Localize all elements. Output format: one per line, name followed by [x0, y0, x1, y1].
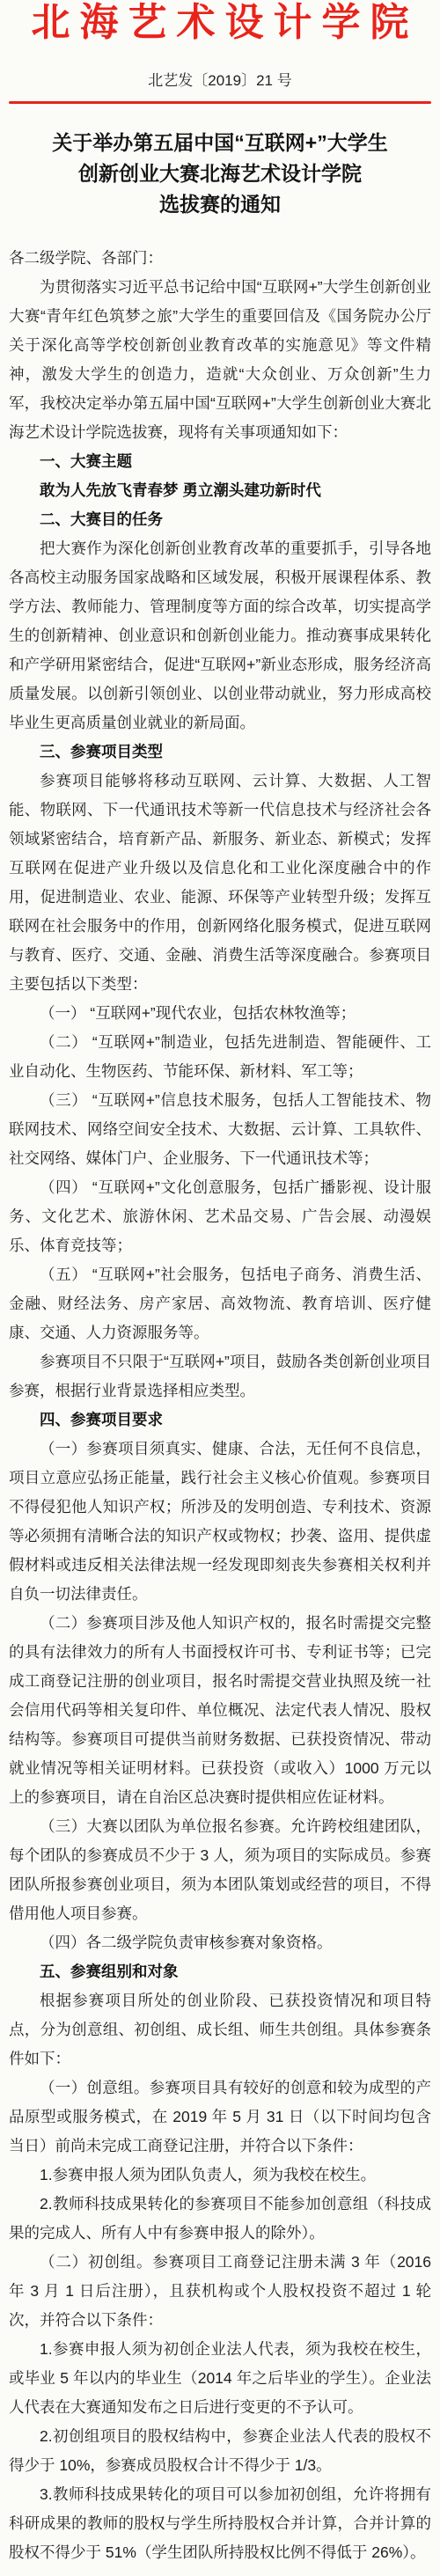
- document-page: 北海艺术设计学院 北艺发〔2019〕21 号 关于举办第五届中国“互联网+”大学…: [0, 0, 440, 2576]
- document-title: 关于举办第五届中国“互联网+”大学生 创新创业大赛北海艺术设计学院 选拔赛的通知: [9, 128, 431, 220]
- title-line-1: 关于举办第五届中国“互联网+”大学生: [9, 128, 431, 158]
- type-item-4: （四） “互联网+”文化创意服务，包括广播影视、设计服务、文化艺术、旅游休闲、艺…: [9, 1173, 431, 1260]
- requirement-item-1: （一）参赛项目须真实、健康、合法，无任何不良信息，项目立意应弘扬正能量，践行社会…: [9, 1435, 431, 1609]
- doc-number: 北艺发〔2019〕21 号: [9, 68, 431, 90]
- salutation: 各二级学院、各部门：: [9, 247, 431, 268]
- title-line-2: 创新创业大赛北海艺术设计学院: [9, 158, 431, 189]
- creative-group-paragraph: （一）创意组。参赛项目具有较好的创意和较为成型的产品原型或服务模式，在 2019…: [9, 2073, 431, 2161]
- type-item-3: （三） “互联网+”信息技术服务，包括人工智能技术、物联网技术、网络空间安全技术…: [9, 1086, 431, 1173]
- heading-groups: 五、参赛组别和对象: [9, 1957, 431, 1986]
- heading-project-requirements: 四、参赛项目要求: [9, 1405, 431, 1435]
- heading-project-types: 三、参赛项目类型: [9, 738, 431, 767]
- types-note-paragraph: 参赛项目不只限于“互联网+”项目，鼓励各类创新创业项目参赛，根据行业背景选择相应…: [9, 1347, 431, 1405]
- startup-group-condition-1: 1.参赛申报人须为初创企业法人代表，须为我校在校生，或毕业 5 年以内的毕业生（…: [9, 2335, 431, 2422]
- type-item-5: （五） “互联网+”社会服务，包括电子商务、消费生活、金融、财经法务、房产家居、…: [9, 1260, 431, 1347]
- purpose-paragraph: 把大赛作为深化创新创业教育改革的重要抓手，引导各地各高校主动服务国家战略和区域发…: [9, 534, 431, 738]
- type-item-2: （二） “互联网+”制造业，包括先进制造、智能硬件、工业自动化、生物医药、节能环…: [9, 1028, 431, 1086]
- theme-slogan: 敢为人先放飞青春梦 勇立潮头建功新时代: [9, 476, 431, 505]
- red-divider-line: [9, 101, 431, 104]
- heading-competition-purpose: 二、大赛目的任务: [9, 505, 431, 534]
- heading-competition-theme: 一、大赛主题: [9, 447, 431, 476]
- startup-group-condition-3: 3.教师科技成果转化的项目可以参加初创组，允许将拥有科研成果的教师的股权与学生所…: [9, 2480, 431, 2567]
- groups-intro-paragraph: 根据参赛项目所处的创业阶段、已获投资情况和项目特点，分为创意组、初创组、成长组、…: [9, 1986, 431, 2073]
- title-line-3: 选拔赛的通知: [9, 189, 431, 220]
- document-body: 为贯彻落实习近平总书记给中国“互联网+”大学生创新创业大赛“青年红色筑梦之旅”大…: [9, 273, 431, 2567]
- type-item-1: （一） “互联网+”现代农业，包括农林牧渔等；: [9, 999, 431, 1028]
- requirement-item-4: （四）各二级学院负责审核参赛对象资格。: [9, 1928, 431, 1957]
- requirement-item-3: （三）大赛以团队为单位报名参赛。允许跨校组建团队，每个团队的参赛成员不少于 3 …: [9, 1812, 431, 1928]
- requirement-item-2: （二）参赛项目涉及他人知识产权的，报名时需提交完整的具有法律效力的所有人书面授权…: [9, 1609, 431, 1812]
- types-intro-paragraph: 参赛项目能够将移动互联网、云计算、大数据、人工智能、物联网、下一代通讯技术等新一…: [9, 767, 431, 999]
- school-name-header: 北海艺术设计学院: [9, 2, 431, 44]
- creative-group-condition-2: 2.教师科技成果转化的参赛项目不能参加创意组（科技成果的完成人、所有人中有参赛申…: [9, 2190, 431, 2248]
- creative-group-condition-1: 1.参赛申报人须为团队负责人，须为我校在校生。: [9, 2161, 431, 2190]
- opening-paragraph: 为贯彻落实习近平总书记给中国“互联网+”大学生创新创业大赛“青年红色筑梦之旅”大…: [9, 273, 431, 447]
- startup-group-condition-2: 2.初创组项目的股权结构中，参赛企业法人代表的股权不得少于 10%，参赛成员股权…: [9, 2422, 431, 2480]
- startup-group-paragraph: （二）初创组。参赛项目工商登记注册未满 3 年（2016 年 3 月 1 日后注…: [9, 2248, 431, 2335]
